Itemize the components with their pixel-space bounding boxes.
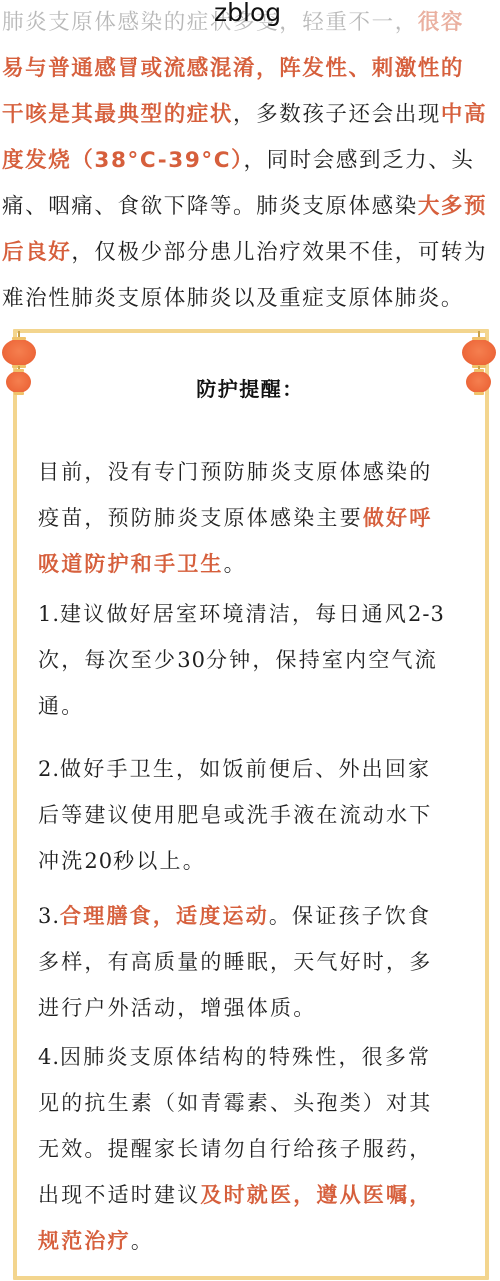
text-segment: 。保证孩子饮食 <box>269 904 431 928</box>
text-line: 痛、咽痛、食欲下降等。肺炎支原体感染大多预 <box>0 184 500 230</box>
highlighted-text: 做好呼 <box>363 506 433 530</box>
text-segment: 出现不适时建议 <box>38 1183 200 1207</box>
text-segment: 30 <box>177 648 206 672</box>
text-line: 进行户外活动，增强体质。 <box>38 985 468 1031</box>
highlighted-text: 规范治疗 <box>38 1229 131 1253</box>
highlighted-text: 大多预 <box>418 194 487 219</box>
text-line: 后等建议使用肥皂或洗手液在流动水下 <box>38 792 468 838</box>
text-segment: 2-3 <box>408 602 445 626</box>
text-line: 目前，没有专门预防肺炎支原体感染的 <box>38 449 468 495</box>
text-segment: 分钟，保持室内空气流 <box>206 648 438 672</box>
highlighted-text: 很容 <box>418 10 464 35</box>
highlighted-text: 干咳是其最典型的症状 <box>2 102 233 127</box>
text-line: 多样，有高质量的睡眠，天气好时，多 <box>38 939 468 985</box>
text-segment: 难治性肺炎支原体肺炎以及重症支原体肺炎。 <box>2 286 464 311</box>
text-segment: ，多数孩子还会出现 <box>233 102 441 127</box>
text-segment: 肺炎支原体感染的症状多变，轻重不一， <box>2 10 418 35</box>
reminder-paragraph-3: 2.做好手卫生，如饭前便后、外出回家后等建议使用肥皂或洗手液在流动水下冲洗20秒… <box>38 746 468 884</box>
text-segment: 因肺炎支原体结构的特殊性，很多常 <box>60 1045 431 1069</box>
reminder-title: 防护提醒： <box>0 373 500 402</box>
lantern-icon <box>462 339 496 366</box>
text-line: 干咳是其最典型的症状，多数孩子还会出现中高 <box>0 92 500 138</box>
text-segment: 1. <box>38 602 60 626</box>
text-segment: 。 <box>224 552 247 576</box>
intro-paragraph: 肺炎支原体感染的症状多变，轻重不一，很容易与普通感冒或流感混淆，阵发性、刺激性的… <box>0 0 500 322</box>
highlighted-text: 中高 <box>441 102 487 127</box>
reminder-paragraph-5: 4.因肺炎支原体结构的特殊性，很多常见的抗生素（如青霉素、头孢类）对其无效。提醒… <box>38 1034 468 1264</box>
text-segment: 后等建议使用肥皂或洗手液在流动水下 <box>38 803 432 827</box>
text-line: 4.因肺炎支原体结构的特殊性，很多常 <box>38 1034 468 1080</box>
text-segment: 无效。提醒家长请勿自行给孩子服药， <box>38 1137 432 1161</box>
highlighted-text: 合理膳食，适度运动 <box>60 904 269 928</box>
text-segment: 痛、咽痛、食欲下降等。肺炎支原体感染 <box>2 194 418 219</box>
text-segment: 疫苗，预防肺炎支原体感染主要 <box>38 506 363 530</box>
text-segment: 4. <box>38 1045 60 1069</box>
highlighted-text: 及时就医，遵从医嘱， <box>200 1183 432 1207</box>
lantern-icon <box>2 339 36 366</box>
reminder-paragraph-4: 3.合理膳食，适度运动。保证孩子饮食多样，有高质量的睡眠，天气好时，多进行户外活… <box>38 893 468 1031</box>
text-line: 2.做好手卫生，如饭前便后、外出回家 <box>38 746 468 792</box>
text-line: 冲洗20秒以上。 <box>38 838 468 884</box>
highlighted-text: 后良好 <box>2 240 71 265</box>
text-segment: 秒以上。 <box>113 849 206 873</box>
text-line: 次，每次至少30分钟，保持室内空气流 <box>38 637 468 683</box>
text-line: 出现不适时建议及时就医，遵从医嘱， <box>38 1172 468 1218</box>
text-segment: 。 <box>131 1229 154 1253</box>
reminder-paragraph-2: 1.建议做好居室环境清洁，每日通风2-3次，每次至少30分钟，保持室内空气流通。 <box>38 591 468 729</box>
text-segment: 进行户外活动，增强体质。 <box>38 996 316 1020</box>
text-line: 吸道防护和手卫生。 <box>38 541 468 587</box>
text-line: 见的抗生素（如青霉素、头孢类）对其 <box>38 1080 468 1126</box>
text-line: 难治性肺炎支原体肺炎以及重症支原体肺炎。 <box>0 276 500 322</box>
text-segment: 20 <box>84 849 113 873</box>
text-segment: 建议做好居室环境清洁，每日通风 <box>60 602 408 626</box>
text-line: 疫苗，预防肺炎支原体感染主要做好呼 <box>38 495 468 541</box>
text-segment: 2. <box>38 757 60 781</box>
highlighted-text: 度发烧（38°C-39°C） <box>2 148 243 173</box>
text-segment: ，同时会感到乏力、头 <box>243 148 474 173</box>
text-segment: 冲洗 <box>38 849 84 873</box>
reminder-paragraph-1: 目前，没有专门预防肺炎支原体感染的疫苗，预防肺炎支原体感染主要做好呼吸道防护和手… <box>38 449 468 587</box>
text-segment: 做好手卫生，如饭前便后、外出回家 <box>60 757 431 781</box>
text-segment: 见的抗生素（如青霉素、头孢类）对其 <box>38 1091 432 1115</box>
text-line: 度发烧（38°C-39°C），同时会感到乏力、头 <box>0 138 500 184</box>
text-line: 无效。提醒家长请勿自行给孩子服药， <box>38 1126 468 1172</box>
text-segment: 次，每次至少 <box>38 648 177 672</box>
text-segment: ，仅极少部分患儿治疗效果不佳，可转为 <box>71 240 487 265</box>
text-line: 规范治疗。 <box>38 1218 468 1264</box>
highlighted-text: 易与普通感冒或流感混淆，阵发性、刺激性的 <box>2 56 464 81</box>
text-line: 3.合理膳食，适度运动。保证孩子饮食 <box>38 893 468 939</box>
watermark: zblog <box>214 0 281 27</box>
text-line: 后良好，仅极少部分患儿治疗效果不佳，可转为 <box>0 230 500 276</box>
text-line: 易与普通感冒或流感混淆，阵发性、刺激性的 <box>0 46 500 92</box>
highlighted-text: 吸道防护和手卫生 <box>38 552 224 576</box>
text-line: 1.建议做好居室环境清洁，每日通风2-3 <box>38 591 468 637</box>
text-segment: 通。 <box>38 694 84 718</box>
text-line: 通。 <box>38 683 468 729</box>
text-segment: 3. <box>38 904 60 928</box>
text-segment: 目前，没有专门预防肺炎支原体感染的 <box>38 460 432 484</box>
text-segment: 多样，有高质量的睡眠，天气好时，多 <box>38 950 432 974</box>
